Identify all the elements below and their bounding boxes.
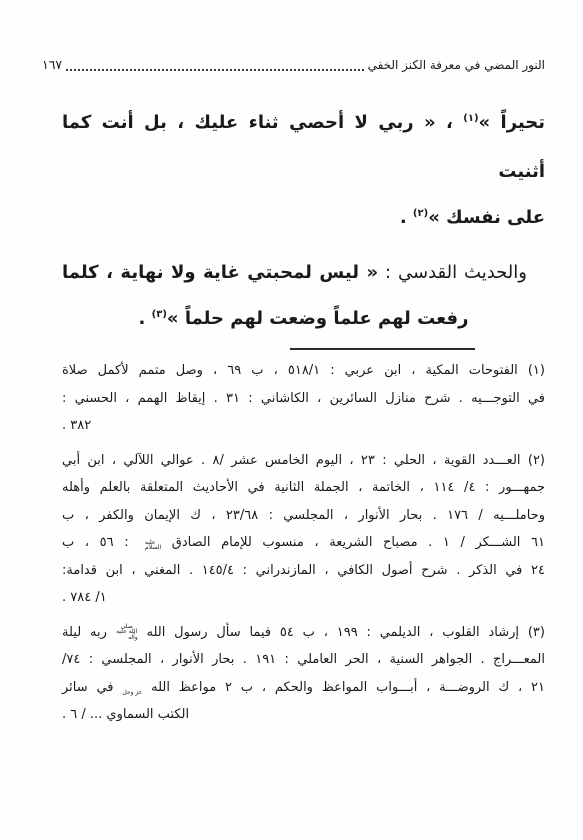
text-segment: رفعت لهم علماً وضعت لهم حلماً » [167,308,469,329]
text-segment: . [139,308,152,329]
text-segment: (١) الفتوحات المكية ، ابن عربي : ٥١٨/١ ،… [62,363,545,378]
book-title: النور المضي في معرفة الكنز الخفي [368,54,545,76]
text-segment: ٢١ ، ك الروضـــة ، أبـــواب المواعظ والح… [142,680,545,695]
text-segment: ١/ ٧٨٤ . [62,590,107,605]
text-segment: والحديث القدسي : [378,262,527,283]
text-segment: . [400,207,413,228]
text-segment: « ليس لمحبتي غاية ولا نهاية ، كلما [62,262,378,283]
text-segment: جمهـــور : ٤/ ١١٤ ، الخاتمة ، الجملة الث… [62,480,545,495]
footnote-separator [290,348,475,350]
text-segment: المعـــراج . الجواهر السنية ، الحر العام… [62,652,545,667]
text-segment: في سائر [62,680,122,695]
text-line: جمهـــور : ٤/ ١١٤ ، الخاتمة ، الجملة الث… [62,474,545,502]
body-text: تحيراً »(١) ، « ربي لا أحصي ثناء عليك ، … [62,100,545,351]
text-line: تحيراً »(١) ، « ربي لا أحصي ثناء عليك ، … [62,100,545,195]
footnote-item: (٢) العـــدد القوية ، الحلي : ٢٣ ، اليوم… [62,447,545,612]
text-segment: ٢٤ في الذكر . شرح أصول الكافي ، المازندر… [62,563,545,578]
text-line: ٣٨٢ . [62,412,545,440]
text-line: وحاملـــيه / ١٧٦ . بحار الأنوار ، المجلس… [62,502,545,530]
text-segment: ٣٨٢ . [62,418,91,433]
text-line: على نفسك »(٢) . [62,195,545,244]
page-number: ١٦٧ [42,54,62,76]
text-segment: ٦١ الشـــكر / ١ . مصباح الشريعة ، منسوب … [161,535,545,550]
honorific-mark: عز وجل [122,690,142,696]
text-segment: على نفسك » [428,207,545,228]
text-line: المعـــراج . الجواهر السنية ، الحر العام… [62,646,545,674]
dotted-leader [66,68,363,71]
honorific-mark: صلى الله عليه وآله [116,624,138,641]
paragraph: والحديث القدسي : « ليس لمحبتي غاية ولا ن… [62,250,545,345]
text-segment: (٢) العـــدد القوية ، الحلي : ٢٣ ، اليوم… [62,453,545,468]
text-line: (٣) إرشاد القلوب ، الديلمي : ١٩٩ ، ب ٥٤ … [62,619,545,647]
text-segment: الكتب السماوي ... / ٦ . [62,707,189,722]
footnote-item: (١) الفتوحات المكية ، ابن عربي : ٥١٨/١ ،… [62,357,545,440]
footnote-marker: (٢) [413,208,428,219]
text-segment: وحاملـــيه / ١٧٦ . بحار الأنوار ، المجلس… [62,508,545,523]
footnote-marker: (٣) [152,309,167,320]
scanned-book-page: النور المضي في معرفة الكنز الخفي ١٦٧ تحي… [0,0,583,840]
text-line: ٢٤ في الذكر . شرح أصول الكافي ، المازندر… [62,557,545,585]
text-segment: تحيراً » [479,112,545,133]
text-line: والحديث القدسي : « ليس لمحبتي غاية ولا ن… [62,250,545,296]
footnotes-section: (١) الفتوحات المكية ، ابن عربي : ٥١٨/١ ،… [62,357,545,736]
text-line: (٢) العـــدد القوية ، الحلي : ٢٣ ، اليوم… [62,447,545,475]
text-line: (١) الفتوحات المكية ، ابن عربي : ٥١٨/١ ،… [62,357,545,385]
text-segment: (٣) إرشاد القلوب ، الديلمي : ١٩٩ ، ب ٥٤ … [138,625,545,640]
running-header: النور المضي في معرفة الكنز الخفي ١٦٧ [42,54,545,76]
honorific-mark: عليه السلام [139,540,161,551]
footnote-item: (٣) إرشاد القلوب ، الديلمي : ١٩٩ ، ب ٥٤ … [62,619,545,729]
text-line: ٢١ ، ك الروضـــة ، أبـــواب المواعظ والح… [62,674,545,702]
text-line: رفعت لهم علماً وضعت لهم حلماً »(٣) . [62,296,545,345]
text-line: في التوجـــيه . شرح منازل السائرين ، الك… [62,385,545,413]
text-segment: : ٥٦ ، ب [62,535,139,550]
text-line: ٦١ الشـــكر / ١ . مصباح الشريعة ، منسوب … [62,529,545,557]
footnote-marker: (١) [463,113,478,124]
text-segment: في التوجـــيه . شرح منازل السائرين ، الك… [62,391,545,406]
text-line: الكتب السماوي ... / ٦ . [62,701,545,729]
text-line: ١/ ٧٨٤ . [62,584,545,612]
text-segment: ربه ليلة [62,625,116,640]
paragraph: تحيراً »(١) ، « ربي لا أحصي ثناء عليك ، … [62,100,545,244]
